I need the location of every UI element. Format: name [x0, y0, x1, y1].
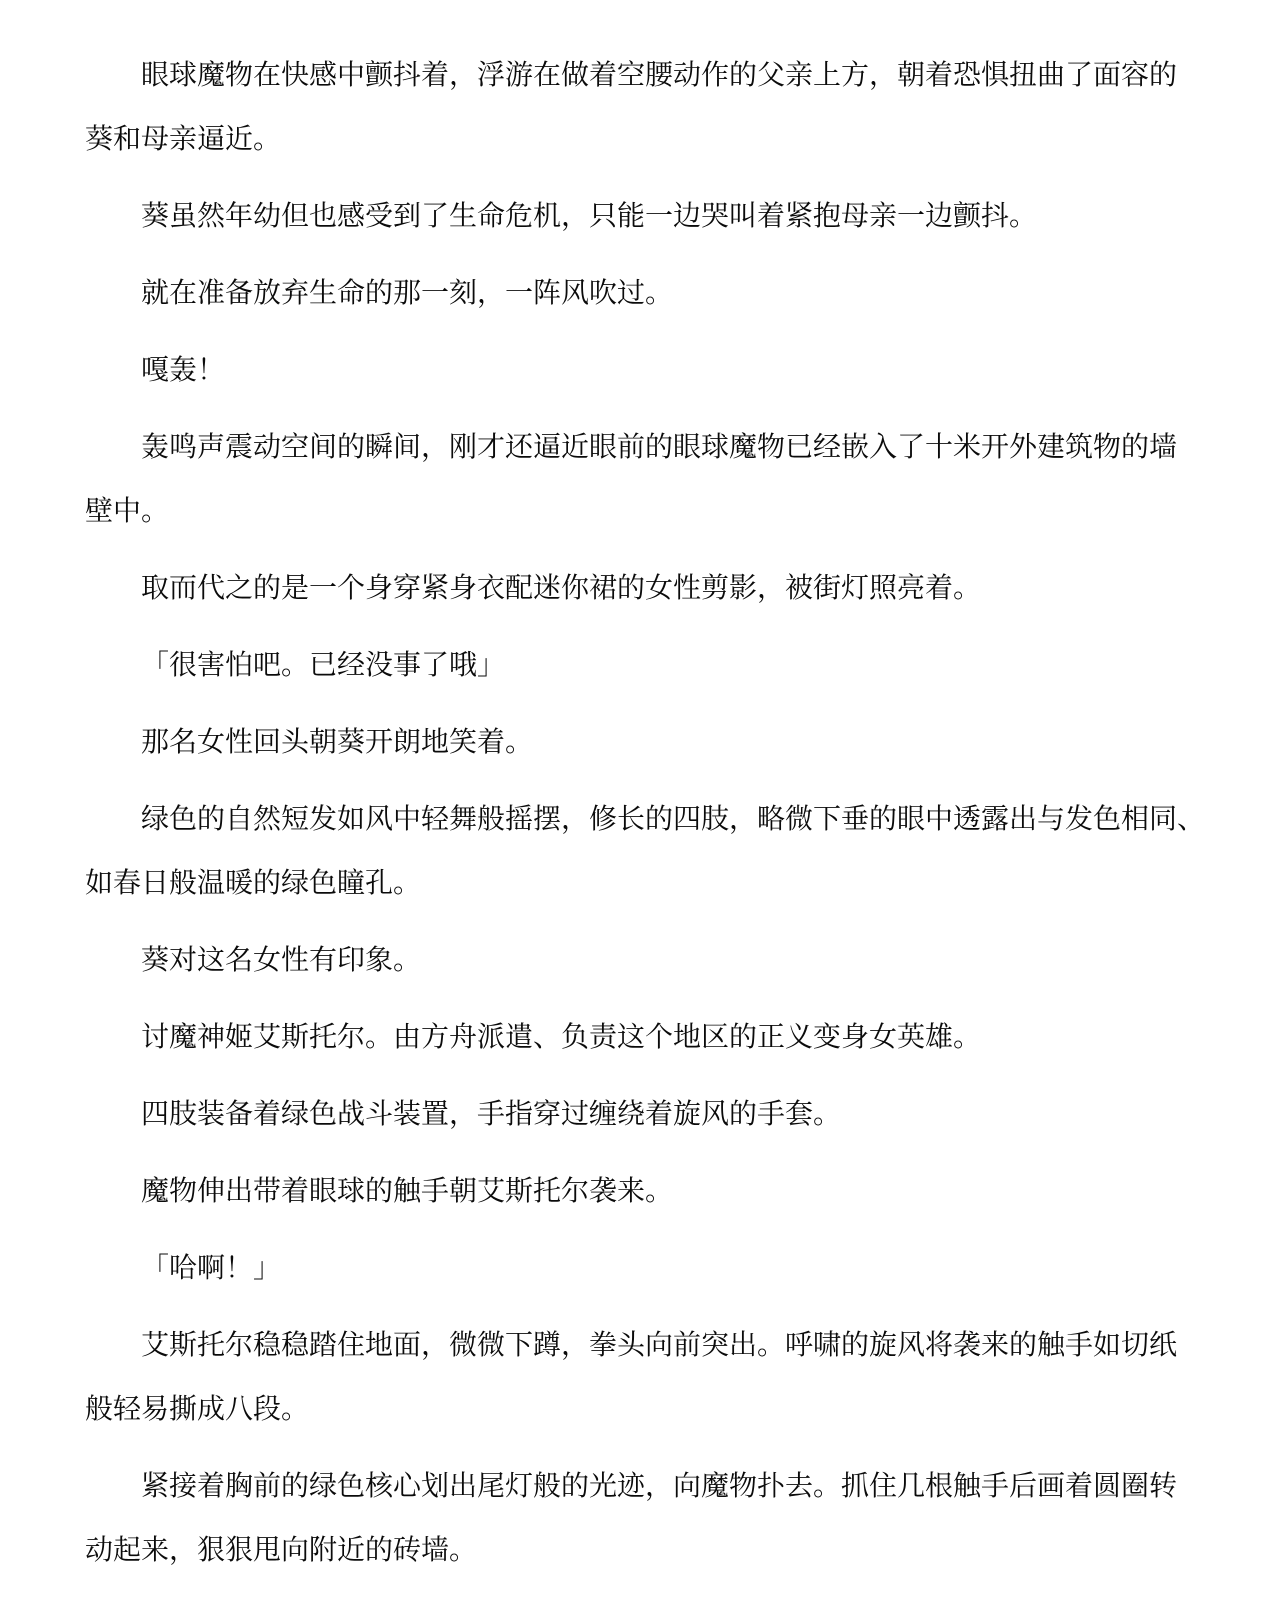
paragraph: 嘎轰！: [85, 338, 1260, 402]
paragraph: 葵虽然年幼但也感受到了生命危机，只能一边哭叫着紧抱母亲一边颤抖。: [85, 184, 1260, 248]
paragraph: 魔物伸出带着眼球的触手朝艾斯托尔袭来。: [85, 1159, 1260, 1223]
paragraph: 就在准备放弃生命的那一刻，一阵风吹过。: [85, 261, 1260, 325]
paragraph: 那名女性回头朝葵开朗地笑着。: [85, 710, 1260, 774]
paragraph: 讨魔神姬艾斯托尔。由方舟派遣、负责这个地区的正义变身女英雄。: [85, 1005, 1260, 1069]
paragraph: 绿色的自然短发如风中轻舞般摇摆，修长的四肢，略微下垂的眼中透露出与发色相同、 如…: [85, 787, 1260, 915]
paragraph: 艾斯托尔稳稳踏住地面，微微下蹲，拳头向前突出。呼啸的旋风将袭来的触手如切纸 般轻…: [85, 1313, 1260, 1441]
novel-text-content: 眼球魔物在快感中颤抖着，浮游在做着空腰动作的父亲上方，朝着恐惧扭曲了面容的 葵和…: [85, 43, 1260, 1582]
paragraph: 葵对这名女性有印象。: [85, 928, 1260, 992]
paragraph: 紧接着胸前的绿色核心划出尾灯般的光迹，向魔物扑去。抓住几根触手后画着圆圈转 动起…: [85, 1454, 1260, 1582]
paragraph: 眼球魔物在快感中颤抖着，浮游在做着空腰动作的父亲上方，朝着恐惧扭曲了面容的 葵和…: [85, 43, 1260, 171]
paragraph: 轰鸣声震动空间的瞬间，刚才还逼近眼前的眼球魔物已经嵌入了十米开外建筑物的墙 壁中…: [85, 415, 1260, 543]
paragraph: 「很害怕吧。已经没事了哦」: [85, 633, 1260, 697]
paragraph: 取而代之的是一个身穿紧身衣配迷你裙的女性剪影，被街灯照亮着。: [85, 556, 1260, 620]
novel-page: 眼球魔物在快感中颤抖着，浮游在做着空腰动作的父亲上方，朝着恐惧扭曲了面容的 葵和…: [0, 0, 1280, 1624]
paragraph: 「哈啊！」: [85, 1236, 1260, 1300]
paragraph: 四肢装备着绿色战斗装置，手指穿过缠绕着旋风的手套。: [85, 1082, 1260, 1146]
